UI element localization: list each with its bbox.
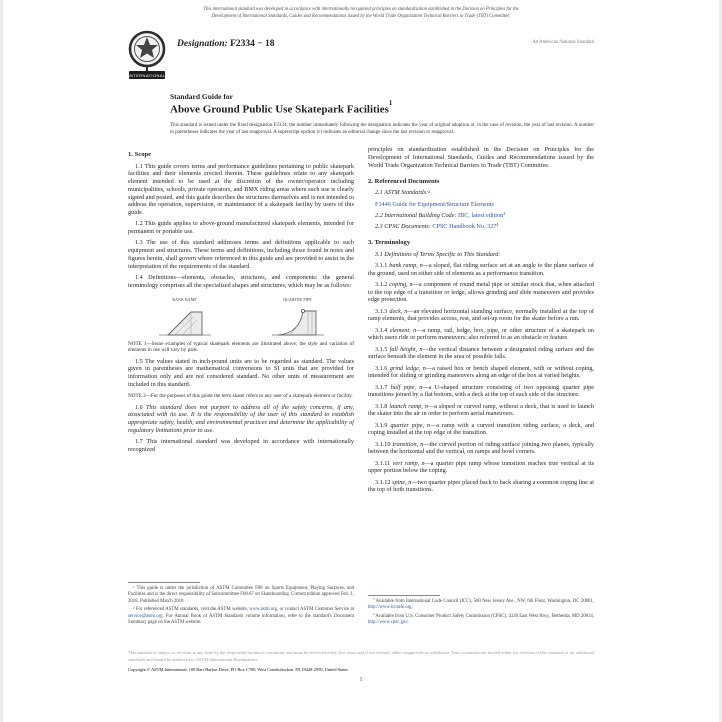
cpsc-handbook-link[interactable]: CPSC Handbook No. 327 [432,223,496,230]
title-kicker: Standard Guide for [170,92,594,101]
def-num: 3.1.12 [375,479,390,486]
tbt-notice: This international standard was develope… [128,7,594,21]
astm-logo-icon: INTERNATIONAL [128,30,166,80]
bank-ramp-icon [157,304,213,338]
astm-standard-page: { "colors": {"link": "#31549b", "text": … [0,0,722,722]
footnote-2-text1: For referenced ASTM standards, visit the… [134,607,249,612]
quarter-pipe-label: QUARTER PIPE [270,298,326,303]
footnote-1: 1 This guide is under the jurisdiction o… [128,586,354,605]
def-num: 3.1.10 [375,441,390,448]
element-figures: BANK RAMP QUARTER PIPE [128,298,354,338]
body-columns: 1. Scope 1.1 This guide covers terms and… [128,146,594,628]
footnote-2: 2 For referenced ASTM standards, visit t… [128,607,354,626]
paragraph-1-7-continuation: principles on standardization establishe… [368,146,594,169]
footnote-rule-left [128,582,200,583]
paragraph-1-7: 1.7 This international standard was deve… [128,438,354,454]
quarter-pipe-figure: QUARTER PIPE [270,298,326,338]
paragraph-2-1: 2.1 ASTM Standards:2 [368,189,594,197]
def-num: 3.1.7 [375,384,387,391]
definition-3-1-8: 3.1.8 launch ramp, n—a sloped or curved … [368,403,594,419]
definition-3-1-9: 3.1.9 quarter pipe, n—a ramp with a curv… [368,422,594,438]
right-column: principles on standardization establishe… [368,146,594,628]
footnote-4: 4 Available from U.S. Consumer Product S… [368,614,594,626]
tbt-notice-line2: Development of International Standards, … [211,14,510,19]
title-footnote-ref: 1 [389,100,392,107]
paragraph-2-2: 2.2 International Building Code: IBC, la… [368,212,594,220]
national-standard-note: An American National Standard [532,30,594,45]
astm-website-link[interactable]: www.astm.org [249,607,277,612]
designation-label: Designation: [177,39,228,49]
astm-standards-label: 2.1 ASTM Standards: [375,189,428,196]
paragraph-1-3: 1.3 The use of this standard addresses t… [128,239,354,270]
right-footnotes: 3 Available from International Code Coun… [368,589,594,629]
footnote-4-text2: . [407,620,408,625]
footnote-4-ref: 4 [496,223,498,227]
quarter-pipe-icon [270,304,326,338]
def-num: 3.1.2 [375,281,387,288]
issuance-note: This standard is issued under the fixed … [170,122,594,136]
scope-heading: 1. Scope [128,151,354,159]
astm-logo: INTERNATIONAL [128,30,168,80]
astm-service-email-link[interactable]: service@astm.org [128,614,163,619]
definition-3-1-3: 3.1.3 deck, n—an elevated horizontal sta… [368,308,594,324]
footnote-3-text2: . [412,605,413,610]
def-term: spine, n [392,479,411,486]
definition-3-1-2: 3.1.2 coping, n—a component of round met… [368,281,594,304]
def-num: 3.1.5 [375,346,387,353]
page-footer: This standard is subject to revision at … [128,650,594,683]
definition-3-1-4: 3.1.4 element, n—a ramp, rail, ledge, bo… [368,327,594,343]
title-block: Standard Guide for Above Ground Public U… [170,92,594,116]
referenced-documents-heading: 2. Referenced Documents [368,178,594,186]
definition-3-1-10: 3.1.10 transition, n—the curved portion … [368,441,594,457]
definition-3-1-7: 3.1.7 half pipe, n—a U-shaped structure … [368,384,594,400]
footnote-2-ref: 2 [428,190,430,194]
revision-notice-line1: This standard is subject to revision at … [128,650,428,655]
def-term: deck, n [389,308,407,315]
def-term: coping, n [389,281,412,288]
def-num: 3.1.11 [375,460,390,467]
footnote-3: 3 Available from International Code Coun… [368,599,594,611]
f1446-standard-link[interactable]: F1446 Guide for Equipment/Structure Elem… [375,201,494,208]
revision-notice: This standard is subject to revision at … [128,650,594,663]
definition-3-1-12: 3.1.12 spine, n—two quarter pipes placed… [368,479,594,495]
footnote-4-text1: Available from U.S. Consumer Product Saf… [374,614,594,619]
figure-note-1: NOTE 1—Some examples of typical skatepar… [128,341,354,354]
def-term: launch ramp, n [389,403,428,410]
designation-number: F2334 − 18 [230,39,274,49]
def-num: 3.1.3 [375,308,387,315]
def-term: grind ledge, n [390,365,426,372]
cpsc-label: 2.3 CPSC Documents: [375,223,431,230]
left-column: 1. Scope 1.1 This guide covers terms and… [128,146,354,628]
page-title-text: Above Ground Public Use Skatepark Facili… [170,103,389,115]
document-sheet: This international standard was develope… [118,0,604,722]
svg-text:INTERNATIONAL: INTERNATIONAL [129,73,166,78]
def-num: 3.1.9 [375,422,387,429]
note-2: NOTE 2—For the purposes of this guide th… [128,393,354,400]
terminology-heading: 3. Terminology [368,239,594,247]
footnote-1-text: This guide is under the jurisdiction of … [128,586,354,603]
paragraph-1-2: 1.2 This guide applies to above-ground m… [128,220,354,236]
left-footnotes: 1 This guide is under the jurisdiction o… [128,576,354,628]
def-term: transition, n [393,441,424,448]
referenced-standard-link-row: F1446 Guide for Equipment/Structure Elem… [368,201,594,209]
paragraph-3-1: 3.1 Definitions of Terms Specific to Thi… [368,251,594,259]
paragraph-1-6: 1.6 This standard does not purport to ad… [128,404,354,435]
document-header: INTERNATIONAL Designation: F2334 − 18 An… [128,30,594,80]
footnote-3-text1: Available from International Code Counci… [374,599,594,604]
definition-3-1-11: 3.1.11 vert ramp, n—a quarter pipe ramp … [368,460,594,476]
def-num: 3.1.6 [375,365,387,372]
page-left-edge [0,0,3,722]
page-title: Above Ground Public Use Skatepark Facili… [170,103,594,116]
footnote-rule-right [368,595,440,596]
bank-ramp-figure: BANK RAMP [157,298,213,338]
ibc-link[interactable]: IBC, latest edition [458,212,503,219]
def-term: fall height, n [390,346,423,353]
page-number: 1 [128,676,594,683]
def-num: 3.1.8 [375,403,387,410]
definition-3-1-5: 3.1.5 fall height, n—the vertical distan… [368,346,594,362]
def-num: 3.1.4 [375,327,387,334]
paragraph-1-5: 1.5 The values stated in inch-pound unit… [128,358,354,389]
def-num: 3.1.1 [375,262,387,269]
bank-ramp-label: BANK RAMP [157,298,213,303]
footnote-2-text2: , or contact ASTM Customer Service at [277,607,354,612]
designation: Designation: F2334 − 18 [177,30,275,49]
def-term: vert ramp, n [393,460,425,467]
footnote-2-text3: . For Annual Book of ASTM Standards volu… [128,614,354,625]
paragraph-1-1: 1.1 This guide covers terms and performa… [128,163,354,217]
tbt-notice-line1: This international standard was develope… [203,7,518,12]
iccsafe-link[interactable]: http://www.iccsafe.org [368,605,412,610]
def-term: quarter pipe, n [390,422,430,429]
cpsc-link[interactable]: http://www.cpsc.gov [368,620,407,625]
copyright-line: Copyright © ASTM International, 100 Barr… [128,667,594,672]
definition-3-1-1: 3.1.1 bank ramp, n—a sloped, flat riding… [368,262,594,278]
def-term: half pipe, n [391,384,423,391]
paragraph-2-3: 2.3 CPSC Documents: CPSC Handbook No. 32… [368,223,594,231]
ibc-label: 2.2 International Building Code: [375,212,456,219]
paragraph-1-4: 1.4 Definitions—elements, obstacles, str… [128,274,354,290]
def-term: bank ramp, n [389,262,422,269]
def-term: element, n [390,327,416,334]
footnote-3-ref: 3 [503,212,505,216]
definition-3-1-6: 3.1.6 grind ledge, n—a raised box or ben… [368,365,594,381]
